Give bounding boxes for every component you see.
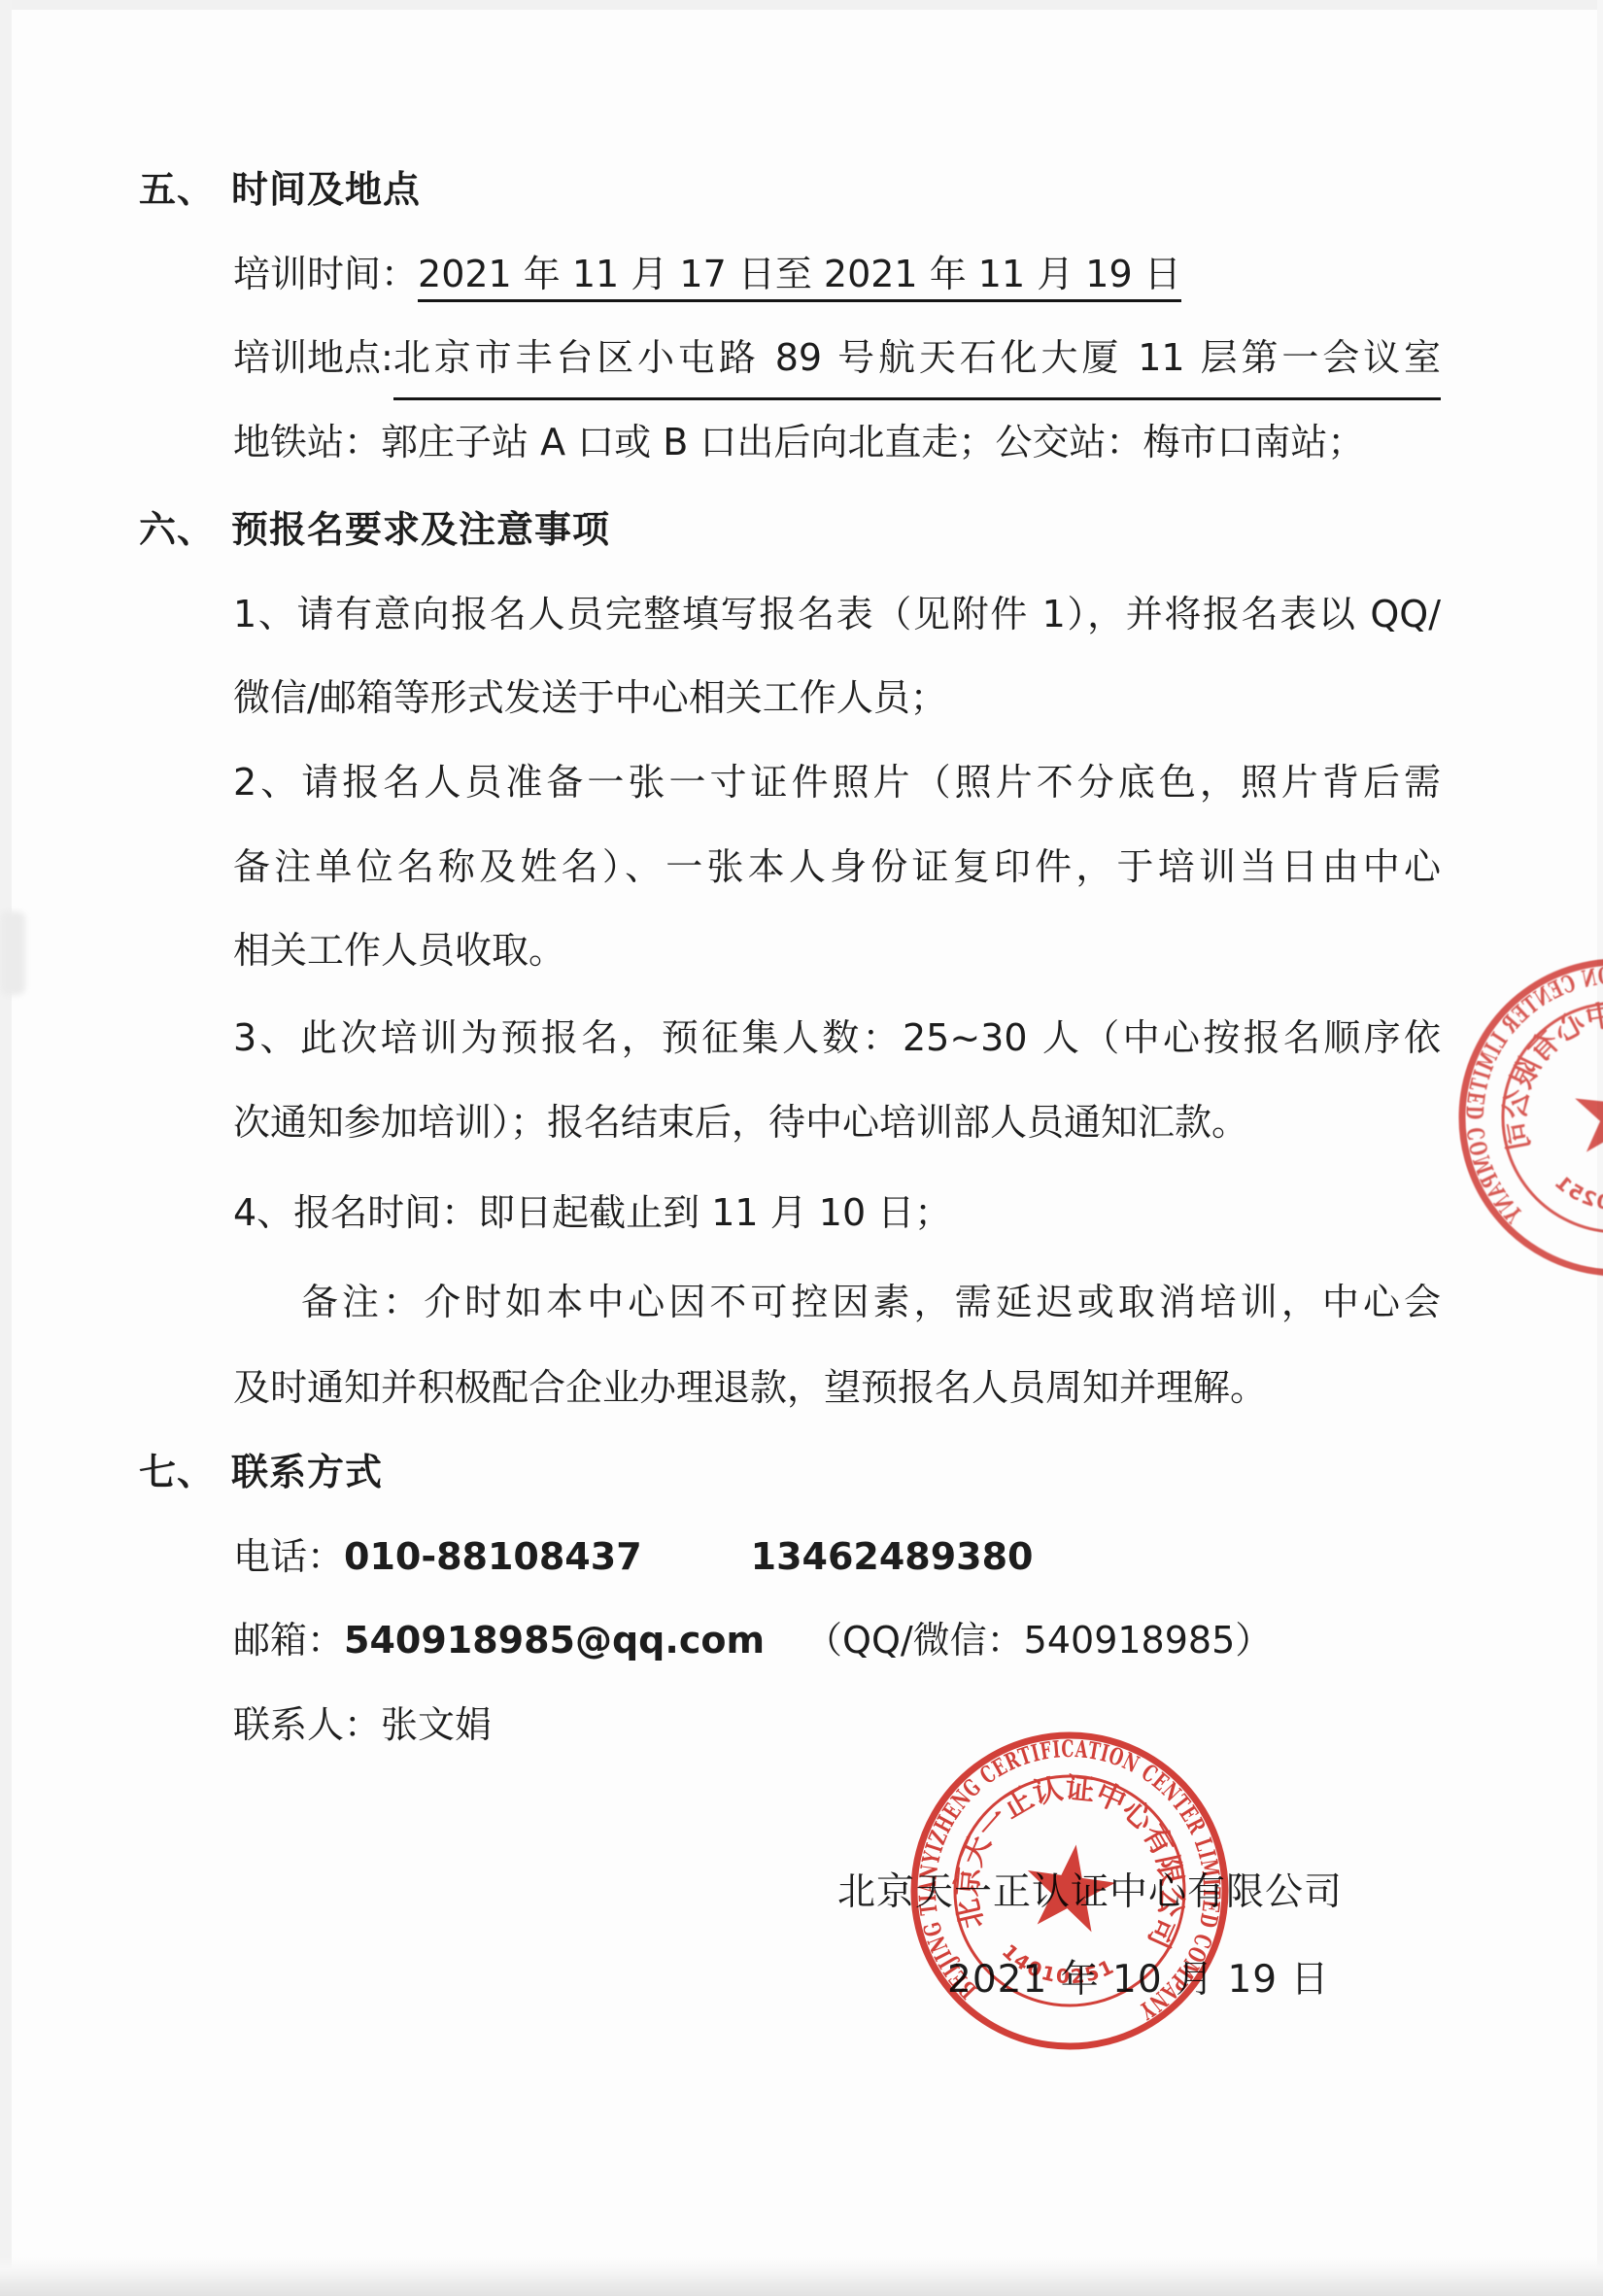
training-place-line: 培训地点:北京市丰台区小屯路 89 号航天石化大厦 11 层第一会议室 — [233, 315, 1441, 400]
section-5-title: 时间及地点 — [231, 168, 421, 211]
section-7-title: 联系方式 — [231, 1451, 383, 1493]
item-1-line-1: 1、请有意向报名人员完整填写报名表（见附件 1），并将报名表以 QQ/ — [233, 571, 1441, 657]
metro-line: 地铁站：郭庄子站 A 口或 B 口出后向北直走；公交站：梅市口南站； — [233, 399, 1364, 485]
contact-name: 张文娟 — [381, 1703, 492, 1746]
training-place-value: 北京市丰台区小屯路 89 号航天石化大厦 11 层第一会议室 — [393, 315, 1441, 400]
training-time-value: 2021 年 11 月 17 日至 2021 年 11 月 19 日 — [418, 253, 1181, 302]
item-1-line-2: 微信/邮箱等形式发送于中心相关工作人员； — [233, 655, 947, 740]
item-3-line-2: 次通知参加培训）；报名结束后，待中心培训部人员通知汇款。 — [233, 1079, 1248, 1165]
scan-edge-top — [0, 0, 1603, 10]
document-page: 五、时间及地点 培训时间：2021 年 11 月 17 日至 2021 年 11… — [0, 0, 1603, 2296]
item-2-line-1: 2、请报名人员准备一张一寸证件照片（照片不分底色，照片背后需 — [233, 739, 1441, 825]
contact-person-line: 联系人：张文娟 — [233, 1682, 492, 1767]
section-6-heading: 六、预报名要求及注意事项 — [139, 487, 610, 572]
note-line-1: 备注：介时如本中心因不可控因素，需延迟或取消培训，中心会 — [301, 1259, 1441, 1345]
email-qq-wechat: （QQ/微信：540918985） — [805, 1619, 1272, 1662]
section-7-number: 七、 — [139, 1451, 215, 1493]
email-label: 邮箱： — [233, 1619, 344, 1662]
training-time-line: 培训时间：2021 年 11 月 17 日至 2021 年 11 月 19 日 — [233, 231, 1181, 317]
item-4-line: 4、报名时间：即日起截止到 11 月 10 日； — [233, 1170, 951, 1255]
phone-label: 电话： — [233, 1535, 344, 1578]
training-time-label: 培训时间： — [233, 253, 418, 295]
seal-star-icon — [1570, 1066, 1603, 1159]
note-line-2: 及时通知并积极配合企业办理退款，望预报名人员周知并理解。 — [233, 1345, 1267, 1430]
phone-number-2: 13462489380 — [751, 1535, 1034, 1578]
training-place-label: 培训地点: — [233, 315, 393, 400]
section-6-number: 六、 — [139, 508, 215, 551]
section-7-heading: 七、联系方式 — [139, 1429, 383, 1515]
phone-number-1: 010-88108437 — [344, 1535, 642, 1578]
contact-label: 联系人： — [233, 1703, 381, 1746]
email-value: 540918985@qq.com — [344, 1619, 765, 1662]
bleed-through-seal-stamp: BEIJING TIANYIZHENG CERTIFICATION CENTER… — [1452, 952, 1603, 1283]
section-6-title: 预报名要求及注意事项 — [231, 508, 610, 551]
item-2-line-2: 备注单位名称及姓名）、一张本人身份证复印件，于培训当日由中心 — [233, 824, 1441, 909]
item-3-line-1: 3、此次培训为预报名，预征集人数：25~30 人（中心按报名顺序依 — [233, 995, 1441, 1080]
seal-star-icon — [1020, 1838, 1119, 1935]
scan-edge-bottom — [0, 2257, 1603, 2296]
section-5-number: 五、 — [139, 168, 215, 211]
email-line: 邮箱：540918985@qq.com（QQ/微信：540918985） — [233, 1597, 1272, 1683]
item-2-line-3: 相关工作人员收取。 — [233, 908, 565, 993]
scan-smudge — [0, 911, 25, 995]
scan-edge-left — [0, 0, 12, 2296]
phone-line: 电话：010-8810843713462489380 — [233, 1514, 1034, 1599]
section-5-heading: 五、时间及地点 — [139, 147, 421, 232]
company-seal-stamp: BEIJING TIANYIZHENG CERTIFICATION CENTER… — [904, 1726, 1235, 2056]
